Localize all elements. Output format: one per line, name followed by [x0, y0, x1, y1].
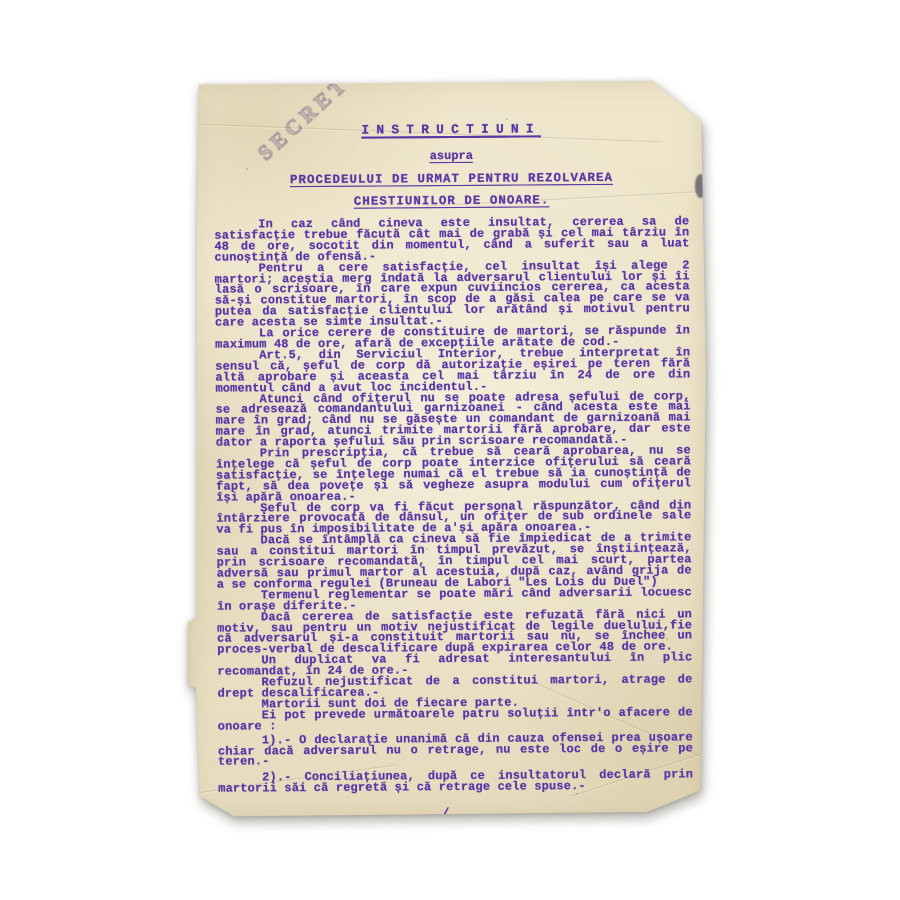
end-mark: ./. — [208, 805, 683, 822]
typewritten-text-block: INSTRUCTIUNI asupra PROCEDEULUI DE URMAT… — [214, 120, 694, 821]
paper-speckles — [186, 78, 188, 80]
paragraph: Art.5, din Serviciul Interior, trebue in… — [215, 347, 690, 394]
paragraph: 1).- O declarație unanimă că din cauza o… — [218, 732, 693, 768]
scan-background: SECRET INSTRUCTIUNI asupra PROCEDEULUI D… — [0, 0, 900, 900]
document-title: INSTRUCTIUNI — [214, 120, 689, 139]
document-body: In caz când cineva este insultat, cerere… — [214, 216, 693, 794]
document-page: SECRET INSTRUCTIUNI asupra PROCEDEULUI D… — [186, 78, 708, 820]
paragraph: Dacă se întâmplă ca cineva să fie împied… — [216, 533, 691, 591]
paragraph: 2).- Conciliațiunea, după ce insultatoru… — [218, 770, 693, 795]
document-heading-line-2: CHESTIUNILOR DE ONOARE. — [214, 192, 689, 210]
paragraph: Dacă cererea de satisfacție este refuzat… — [217, 609, 692, 656]
document-heading-line-1: PROCEDEULUI DE URMAT PENTRU REZOLVAREA — [214, 170, 689, 188]
paragraph: In caz când cineva este insultat, cerere… — [214, 216, 689, 263]
paragraph: Prin prescripția, că trebue să ceară apr… — [216, 445, 691, 503]
paragraph: Atunci când ofițerul nu se poate adresa … — [215, 391, 690, 449]
paper-shadow-wrap: SECRET INSTRUCTIUNI asupra PROCEDEULUI D… — [0, 0, 900, 900]
document-subtitle: asupra — [214, 147, 689, 165]
paragraph: Pentru a cere satisfacție, cel insultat … — [215, 260, 690, 329]
tear-mark — [695, 174, 706, 198]
paragraph: Ei pot prevede următoarele patru soluții… — [218, 707, 693, 732]
